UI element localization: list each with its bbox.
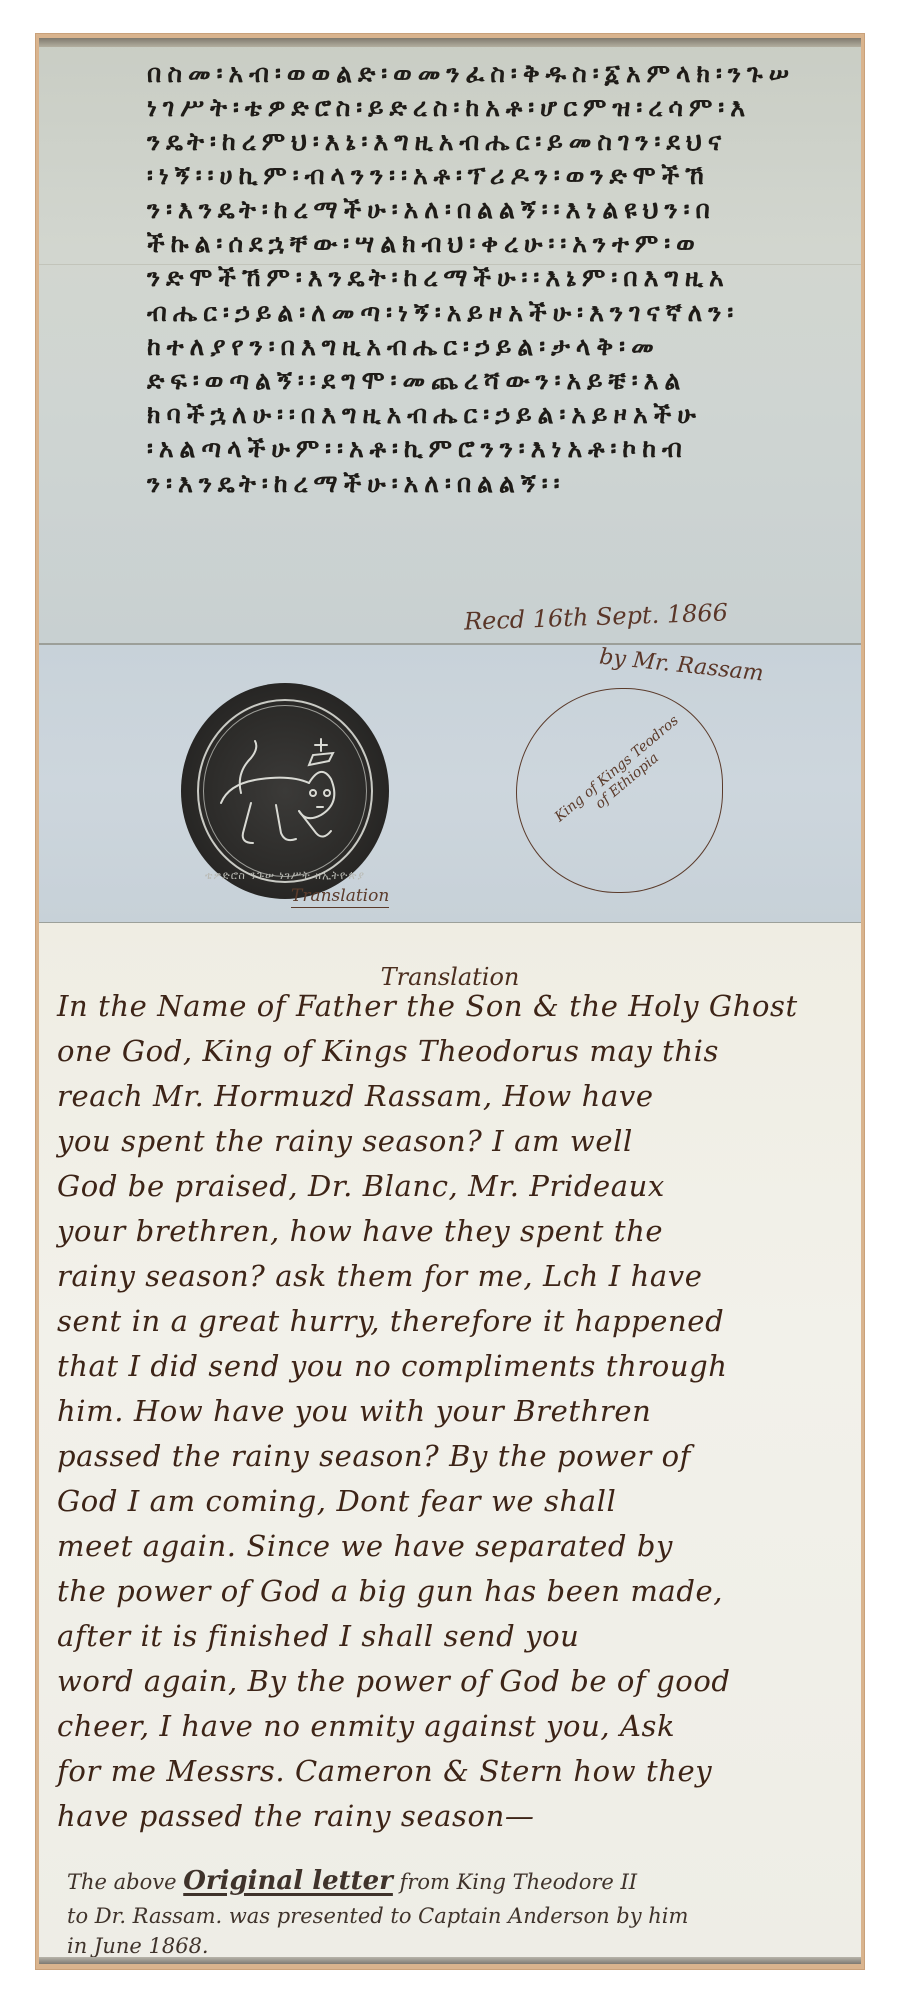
translation-line: that I did send you no compliments throu…	[57, 1346, 847, 1386]
translation-line: him. How have you with your Brethren	[57, 1391, 847, 1431]
amharic-letter-sheet: በስመ፡አብ፡ወወልድ፡ወመንፈስ፡ቅዱስ፡፩አምላክ፡ንጉሠ ነገሥት፡ቴዎድ…	[39, 38, 861, 645]
translation-line: meet again. Since we have separated by	[57, 1526, 847, 1566]
translation-line: cheer, I have no enmity against you, Ask	[57, 1706, 847, 1746]
caption-prefix: The above	[67, 1870, 177, 1894]
caption-original-letter: Original letter	[183, 1866, 393, 1896]
lion-of-judah-icon	[181, 683, 389, 899]
amharic-line: ን፡እንዴት፡ከረማችሁ፡አለ፡በልልኝ፡፡እነልዩህን፡በ	[147, 194, 847, 226]
amharic-line: ብሔር፡ኃይል፡ለመጣ፡ነኝ፡አይዞአችሁ፡እንገናኛለን፡	[147, 297, 847, 329]
translation-line: the power of God a big gun has been made…	[57, 1571, 847, 1611]
translation-line: one God, King of Kings Theodorus may thi…	[57, 1031, 847, 1071]
amharic-line: ፡ነኝ፡፡ሀኪም፡ብላንን፡፡አቶ፡ፕሪዶን፡ወንድሞችኸ	[147, 160, 847, 192]
translation-line: God be praised, Dr. Blanc, Mr. Prideaux	[57, 1166, 847, 1206]
translation-line: you spent the rainy season? I am well	[57, 1121, 847, 1161]
paper-fold	[39, 264, 861, 265]
document-frame: በስመ፡አብ፡ወወልድ፡ወመንፈስ፡ቅዱስ፡፩አምላክ፡ንጉሠ ነገሥት፡ቴዎድ…	[35, 33, 865, 1970]
amharic-line: ፡አልጣላችሁም፡፡አቶ፡ኪምሮንን፡እነአቶ፡ኮከብ	[147, 433, 847, 465]
provenance-caption-line-3: in June 1868.	[67, 1932, 847, 1960]
translation-line: word again, By the power of God be of go…	[57, 1661, 847, 1701]
provenance-caption-line-2: to Dr. Rassam. was presented to Captain …	[67, 1902, 847, 1930]
seal-inscription: ቴዎድሮስ ንጉሠ ነገሥት ዘኢትዮጵያ	[181, 869, 389, 883]
translation-line: for me Messrs. Cameron & Stern how they	[57, 1751, 847, 1791]
seal-translation-label: Translation	[291, 886, 389, 908]
seal-outline-sketch: King of Kings Teodros of Ethiopia	[516, 688, 723, 893]
translation-line: In the Name of Father the Son & the Holy…	[57, 986, 847, 1026]
translation-line: rainy season? ask them for me, Lch I hav…	[57, 1256, 847, 1296]
frame-shadow-top	[39, 38, 861, 47]
translation-line: sent in a great hurry, therefore it happ…	[57, 1301, 847, 1341]
amharic-line: ንድሞችኸም፡እንዴት፡ከረማችሁ፡፡እኔም፡በእግዚአ	[147, 262, 847, 294]
translation-line: your brethren, how have they spent the	[57, 1211, 847, 1251]
amharic-line: ከተለያየን፡በእግዚአብሔር፡ኃይል፡ታላቅ፡መ	[147, 331, 847, 363]
amharic-line: ችኩል፡ሰደኋቸው፡ሣልክብህ፡ቀረሁ፡፡አንተም፡ወ	[147, 228, 847, 260]
translation-line: God I am coming, Dont fear we shall	[57, 1481, 847, 1521]
royal-seal-icon: ቴዎድሮስ ንጉሠ ነገሥት ዘኢትዮጵያ	[181, 683, 389, 899]
seal-outline-text: King of Kings Teodros of Ethiopia	[547, 708, 698, 842]
amharic-line: ነገሥት፡ቴዎድሮስ፡ይድረስ፡ከአቶ፡ሆርምዝ፡ረሳም፡እ	[147, 92, 847, 124]
translation-line: after it is finished I shall send you	[57, 1616, 847, 1656]
translation-line: reach Mr. Hormuzd Rassam, How have	[57, 1076, 847, 1116]
amharic-line: ንዴት፡ከረምህ፡እኔ፡እግዚአብሔር፡ይመስገን፡ደህና	[147, 126, 847, 158]
amharic-line: ክባችኋለሁ፡፡በእግዚአብሔር፡ኃይል፡አይዞአችሁ	[147, 399, 847, 431]
amharic-line: ን፡እንዴት፡ከረማችሁ፡አለ፡በልልኝ፡፡	[147, 468, 847, 500]
seal-sheet	[39, 645, 861, 923]
translation-line: passed the rainy season? By the power of	[57, 1436, 847, 1476]
document-paper: በስመ፡አብ፡ወወልድ፡ወመንፈስ፡ቅዱስ፡፩አምላክ፡ንጉሠ ነገሥት፡ቴዎድ…	[39, 38, 861, 1964]
frame-shadow-bottom	[39, 1957, 861, 1964]
amharic-line: ድፍ፡ወጣልኝ፡፡ደግሞ፡መጨረሻውን፡አይቼ፡እል	[147, 365, 847, 397]
amharic-line: በስመ፡አብ፡ወወልድ፡ወመንፈስ፡ቅዱስ፡፩አምላክ፡ንጉሠ	[147, 58, 847, 90]
provenance-caption-line-1: The above Original letter from King Theo…	[67, 1867, 847, 1896]
translation-line: have passed the rainy season—	[57, 1796, 847, 1836]
caption-suffix: from King Theodore II	[400, 1870, 638, 1894]
